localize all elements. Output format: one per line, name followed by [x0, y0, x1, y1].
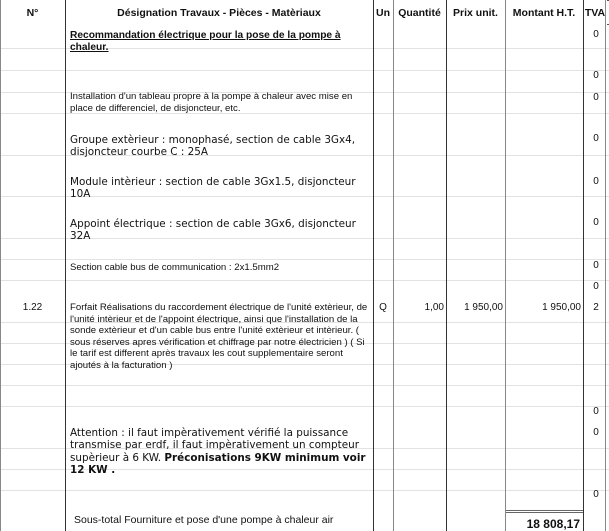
header-no: N° [0, 0, 65, 25]
vat-value: 0 [590, 70, 602, 81]
header-vat: TVA [583, 0, 607, 25]
quote-table: N° Désignation Travaux - Pièces - Matèri… [0, 0, 609, 531]
item-amount: 1 950,00 [505, 302, 581, 314]
line-bus-cable: Section cable bus de communication : 2x1… [70, 262, 370, 274]
vat-value: 0 [590, 133, 602, 144]
vat-value: 0 [590, 489, 602, 500]
vat-value: 0 [590, 92, 602, 103]
header-designation: Désignation Travaux - Pièces - Matèriaux [65, 0, 373, 25]
item-quantity: 1,00 [393, 302, 444, 314]
vat-value: 0 [590, 29, 602, 40]
vat-value: 0 [590, 406, 602, 417]
subtotal-label: Sous-total Fourniture et pose d'une pomp… [74, 515, 374, 527]
vat-value: 0 [590, 217, 602, 228]
vat-value: 0 [590, 260, 602, 271]
item-description: Forfait Réalisations du raccordement éle… [70, 302, 370, 371]
item-unit-price: 1 950,00 [446, 302, 503, 314]
item-vat: 2 [590, 302, 602, 313]
line-outdoor-unit: Groupe extèrieur : monophasé, section de… [70, 134, 375, 159]
item-number: 1.22 [0, 302, 65, 314]
header-quantity: Quantité [393, 0, 446, 25]
line-backup-heater: Appoint électrique : section de cable 3G… [70, 218, 375, 243]
warning-tail: . [108, 464, 116, 476]
warning-note: Attention : il faut impèrativement vérif… [70, 427, 370, 477]
vat-value: 0 [590, 281, 602, 292]
vat-value: 0 [590, 176, 602, 187]
subtotal-value: 18 808,17 [506, 510, 583, 531]
line-installation: Installation d'un tableau propre à la po… [70, 91, 370, 114]
header-unit: Un [373, 0, 393, 25]
vat-value: 0 [590, 427, 602, 438]
header-unit-price: Prix unit. [446, 0, 505, 25]
header-amount: Montant H.T. [505, 0, 583, 25]
section-title: Recommandation électrique pour la pose d… [70, 30, 370, 53]
line-indoor-module: Module intèrieur : section de cable 3Gx1… [70, 176, 375, 201]
item-unit: Q [373, 302, 393, 314]
